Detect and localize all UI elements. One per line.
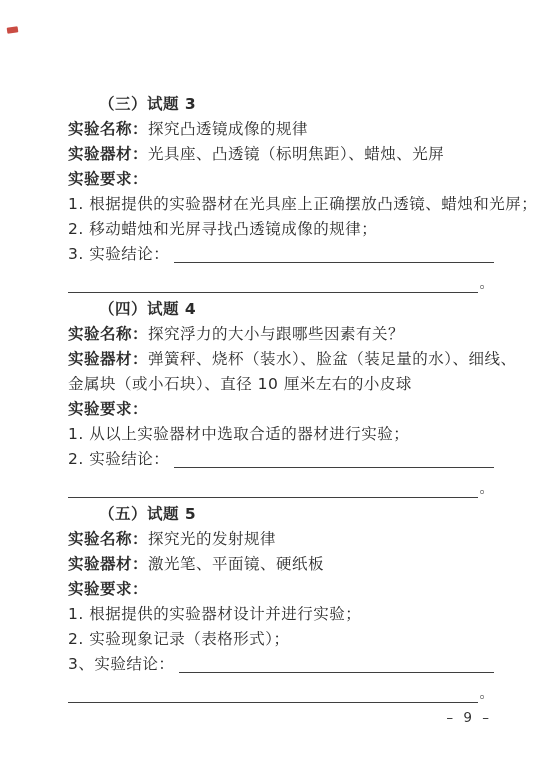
experiment-materials-value: 光具座、凸透镜（标明焦距）、蜡烛、光屏 [148,145,444,163]
requirement-item-text: 2. 实验现象记录（表格形式）； [68,630,289,648]
page-content: （三）试题 3 实验名称：探究凸透镜成像的规律 实验器材：光具座、凸透镜（标明焦… [68,92,494,707]
experiment-requirements-label: 实验要求： [68,170,148,188]
conclusion-line: 2. 实验结论： [68,447,494,472]
full-stop: 。 [480,682,495,707]
conclusion-label: 3、实验结论： [68,652,174,677]
experiment-name-value: 探究浮力的大小与跟哪些因素有关？ [148,325,404,343]
red-pen-mark [7,26,19,33]
experiment-materials-value: 金属块（或小石块）、直径 10 厘米左右的小皮球 [68,375,412,393]
experiment-materials-label: 实验器材： [68,555,148,573]
section-heading: （五）试题 5 [68,502,494,527]
experiment-requirements-label: 实验要求： [68,580,148,598]
conclusion-line: 3. 实验结论： [68,242,494,267]
experiment-materials-line: 实验器材：光具座、凸透镜（标明焦距）、蜡烛、光屏 [68,142,494,167]
full-stop: 。 [480,272,495,297]
requirement-item: 1. 从以上实验器材中选取合适的器材进行实验； [68,422,494,447]
answer-blank-line [174,447,494,468]
requirement-item: 1. 根据提供的实验器材在光具座上正确摆放凸透镜、蜡烛和光屏； [68,192,494,217]
experiment-name-value: 探究光的发射规律 [148,530,276,548]
experiment-materials-line: 实验器材：弹簧秤、烧杯（装水）、脸盆（装足量的水）、细线、 [68,347,494,372]
requirement-item-text: 1. 从以上实验器材中选取合适的器材进行实验； [68,425,409,443]
section-heading-text: （五）试题 5 [99,505,196,523]
experiment-name-line: 实验名称：探究光的发射规律 [68,527,494,552]
experiment-materials-label: 实验器材： [68,350,148,368]
conclusion-continuation-line: 。 [68,682,494,707]
answer-blank-line [68,682,478,703]
page-number: – 9 – [446,710,492,726]
requirement-item-text: 2. 移动蜡烛和光屏寻找凸透镜成像的规律； [68,220,377,238]
experiment-name-label: 实验名称： [68,530,148,548]
experiment-materials-label: 实验器材： [68,145,148,163]
section-exam-5: （五）试题 5 实验名称：探究光的发射规律 实验器材：激光笔、平面镜、硬纸板 实… [68,502,494,707]
conclusion-continuation-line: 。 [68,272,494,297]
requirement-item: 1. 根据提供的实验器材设计并进行实验； [68,602,494,627]
section-heading: （四）试题 4 [68,297,494,322]
experiment-name-value: 探究凸透镜成像的规律 [148,120,308,138]
requirement-item-text: 1. 根据提供的实验器材在光具座上正确摆放凸透镜、蜡烛和光屏； [68,195,537,213]
answer-blank-line [68,272,478,293]
requirement-item: 2. 实验现象记录（表格形式）； [68,627,494,652]
scanned-exam-page: （三）试题 3 实验名称：探究凸透镜成像的规律 实验器材：光具座、凸透镜（标明焦… [0,0,551,779]
answer-blank-line [179,652,494,673]
section-heading-text: （三）试题 3 [99,95,196,113]
experiment-name-line: 实验名称：探究浮力的大小与跟哪些因素有关？ [68,322,494,347]
experiment-name-line: 实验名称：探究凸透镜成像的规律 [68,117,494,142]
experiment-name-label: 实验名称： [68,325,148,343]
experiment-requirements-line: 实验要求： [68,167,494,192]
experiment-requirements-line: 实验要求： [68,397,494,422]
requirement-item: 2. 移动蜡烛和光屏寻找凸透镜成像的规律； [68,217,494,242]
section-heading-text: （四）试题 4 [99,300,196,318]
conclusion-continuation-line: 。 [68,477,494,502]
section-exam-3: （三）试题 3 实验名称：探究凸透镜成像的规律 实验器材：光具座、凸透镜（标明焦… [68,92,494,297]
section-heading: （三）试题 3 [68,92,494,117]
experiment-materials-value: 弹簧秤、烧杯（装水）、脸盆（装足量的水）、细线、 [148,350,517,368]
conclusion-label: 3. 实验结论： [68,242,169,267]
experiment-materials-line: 实验器材：激光笔、平面镜、硬纸板 [68,552,494,577]
answer-blank-line [68,477,478,498]
conclusion-line: 3、实验结论： [68,652,494,677]
requirement-item-text: 1. 根据提供的实验器材设计并进行实验； [68,605,361,623]
experiment-materials-wrap-line: 金属块（或小石块）、直径 10 厘米左右的小皮球 [68,372,494,397]
section-exam-4: （四）试题 4 实验名称：探究浮力的大小与跟哪些因素有关？ 实验器材：弹簧秤、烧… [68,297,494,502]
experiment-name-label: 实验名称： [68,120,148,138]
conclusion-label: 2. 实验结论： [68,447,169,472]
answer-blank-line [174,242,494,263]
page-number-text: – 9 – [446,710,492,726]
experiment-requirements-line: 实验要求： [68,577,494,602]
experiment-materials-value: 激光笔、平面镜、硬纸板 [148,555,324,573]
full-stop: 。 [480,477,495,502]
experiment-requirements-label: 实验要求： [68,400,148,418]
